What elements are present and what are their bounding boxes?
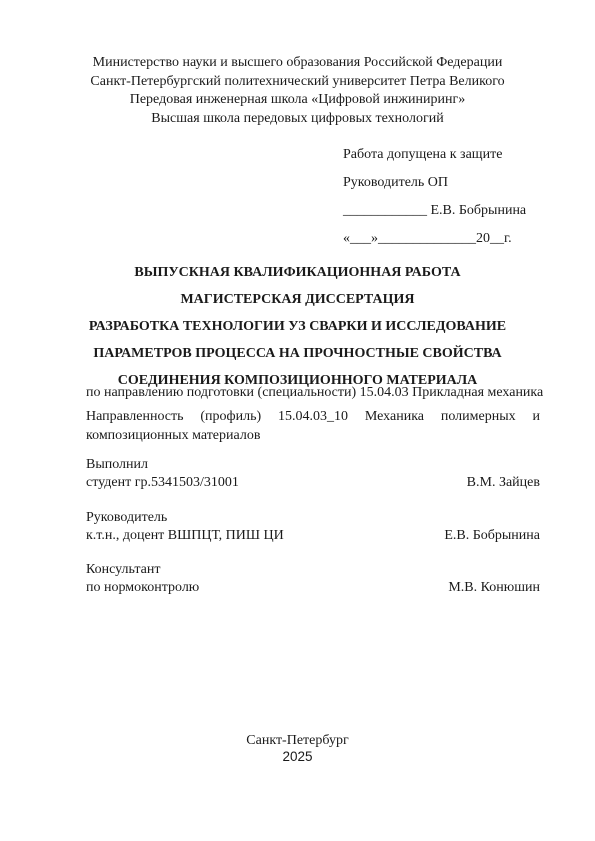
- signatory-role: Выполнил: [86, 456, 540, 474]
- title-line-topic-2: ПАРАМЕТРОВ ПРОЦЕССА НА ПРОЧНОСТНЫЕ СВОЙС…: [55, 340, 540, 367]
- header-line-university: Санкт-Петербургский политехнический унив…: [40, 73, 555, 92]
- header-line-high-school: Высшая школа передовых цифровых технолог…: [40, 110, 555, 129]
- signatory-name: М.В. Конюшин: [448, 579, 540, 597]
- signatory-row-supervisor: Руководитель к.т.н., доцент ВШПЦТ, ПИШ Ц…: [86, 509, 540, 545]
- signatory-detail: к.т.н., доцент ВШПЦТ, ПИШ ЦИ: [86, 527, 284, 545]
- title-line-qualification-work: ВЫПУСКНАЯ КВАЛИФИКАЦИОННАЯ РАБОТА: [55, 259, 540, 286]
- approval-date-line: «___»______________20__г.: [343, 225, 526, 253]
- approval-head-line: Руководитель ОП: [343, 169, 526, 197]
- signatory-detail: студент гр.5341503/31001: [86, 474, 239, 492]
- signatory-detail: по нормоконтролю: [86, 579, 199, 597]
- city-year-block: Санкт-Петербург 2025: [0, 733, 595, 765]
- signatory-name: В.М. Зайцев: [467, 474, 540, 492]
- signatory-name: Е.В. Бобрынина: [444, 527, 540, 545]
- thesis-title: ВЫПУСКНАЯ КВАЛИФИКАЦИОННАЯ РАБОТА МАГИСТ…: [55, 259, 540, 394]
- signatory-row-consultant: Консультант по нормоконтролю М.В. Конюши…: [86, 561, 540, 597]
- signatory-role: Руководитель: [86, 509, 540, 527]
- signatory-row-student: Выполнил студент гр.5341503/31001 В.М. З…: [86, 456, 540, 492]
- approval-block: Работа допущена к защите Руководитель ОП…: [343, 141, 526, 253]
- ministry-header: Министерство науки и высшего образования…: [40, 54, 555, 128]
- city-label: Санкт-Петербург: [0, 733, 595, 749]
- thesis-title-page: Министерство науки и высшего образования…: [0, 0, 595, 841]
- signatory-role: Консультант: [86, 561, 540, 579]
- year-label: 2025: [0, 749, 595, 765]
- header-line-ministry: Министерство науки и высшего образования…: [40, 54, 555, 73]
- specialty-line: по направлению подготовки (специальности…: [86, 385, 540, 401]
- title-line-topic-1: РАЗРАБОТКА ТЕХНОЛОГИИ УЗ СВАРКИ И ИССЛЕД…: [55, 313, 540, 340]
- header-line-school: Передовая инженерная школа «Цифровой инж…: [40, 91, 555, 110]
- profile-line: Направленность (профиль) 15.04.03_10 Мех…: [86, 407, 540, 445]
- approval-signature-line: ____________ Е.В. Бобрынина: [343, 197, 526, 225]
- approval-admitted-line: Работа допущена к защите: [343, 141, 526, 169]
- title-line-master-thesis: МАГИСТЕРСКАЯ ДИССЕРТАЦИЯ: [55, 286, 540, 313]
